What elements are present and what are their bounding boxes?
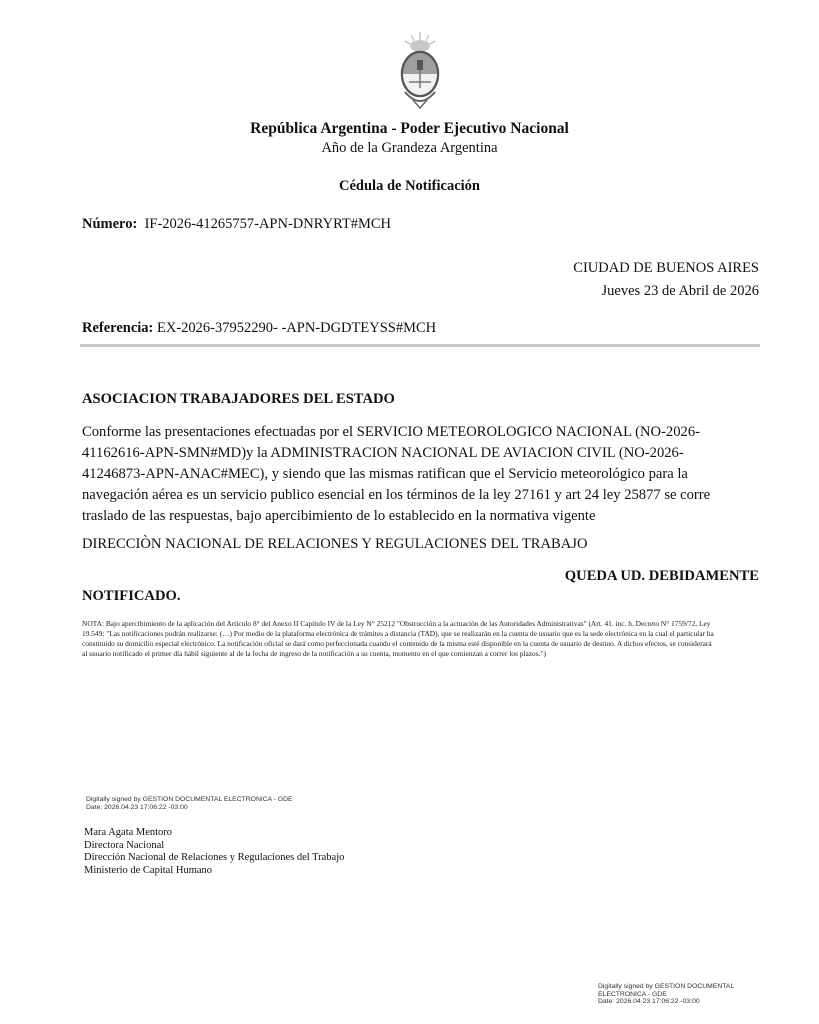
signer-ministry: Ministerio de Capital Humano [84,865,344,878]
document-type: Cédula de Notificación [0,178,819,195]
signer-office: Dirección Nacional de Relaciones y Regul… [84,852,344,865]
paragraph-line: Conforme las presentaciones efectuadas p… [82,422,762,443]
signature-line1: Digitally signed by GESTION DOCUMENTAL [598,983,734,991]
referencia-line: Referencia: EX-2026-37952290- -APN-DGDTE… [82,320,436,337]
numero-line: Número: IF-2026-41265757-APN-DNRYRT#MCH [82,216,391,233]
signer-block: Mara Agata Mentoro Directora Nacional Di… [84,827,344,877]
body-paragraph: Conforme las presentaciones efectuadas p… [82,422,762,527]
signer-name: Mara Agata Mentoro [84,827,344,840]
paragraph-line: traslado de las respuestas, bajo apercib… [82,506,762,527]
issuer: DIRECCIÒN NACIONAL DE RELACIONES Y REGUL… [82,534,762,555]
digital-signature-1: Digitally signed by GESTION DOCUMENTAL E… [86,796,293,811]
signature-date: Date: 2026.04.23 17:06:22 -03:00 [598,998,734,1006]
header-title: República Argentina - Poder Ejecutivo Na… [0,120,819,138]
signature-signed-by: Digitally signed by GESTION DOCUMENTAL E… [86,796,293,804]
date: Jueves 23 de Abril de 2026 [602,283,759,300]
paragraph-line: 41246873-APN-ANAC#MEC), y siendo que las… [82,464,762,485]
numero-label: Número: [82,216,137,232]
nota-line: constituido su domicilio especial electr… [82,639,762,649]
paragraph-line: navegación aérea es un servicio publico … [82,485,762,506]
digital-signature-2: Digitally signed by GESTION DOCUMENTAL E… [598,983,734,1006]
numero-value: IF-2026-41265757-APN-DNRYRT#MCH [145,216,391,232]
nota-line: 19.549: "Las notificaciones podrán reali… [82,629,762,639]
nota-legal: NOTA: Bajo apercibimiento de la aplicaci… [82,619,762,659]
signature-date: Date: 2026.04.23 17:06:22 -03:00 [86,804,293,812]
header-subtitle: Año de la Grandeza Argentina [0,140,819,157]
signer-position: Directora Nacional [84,840,344,853]
closing-part1: QUEDA UD. DEBIDAMENTE [565,568,759,585]
nota-line: NOTA: Bajo apercibimiento de la aplicaci… [82,619,762,629]
closing-part2: NOTIFICADO. [82,586,762,607]
signature-line2: ELECTRONICA - GDE [598,991,734,999]
argentina-coat-of-arms-icon [397,30,443,112]
referencia-value: EX-2026-37952290- -APN-DGDTEYSS#MCH [157,320,436,336]
city: CIUDAD DE BUENOS AIRES [573,260,759,277]
nota-line: al usuario notificado el primer día hábi… [82,649,762,659]
paragraph-line: 41162616-APN-SMN#MD)y la ADMINISTRACION … [82,443,762,464]
referencia-label: Referencia: [82,320,153,336]
divider [80,344,760,347]
recipient: ASOCIACION TRABAJADORES DEL ESTADO [82,389,762,410]
